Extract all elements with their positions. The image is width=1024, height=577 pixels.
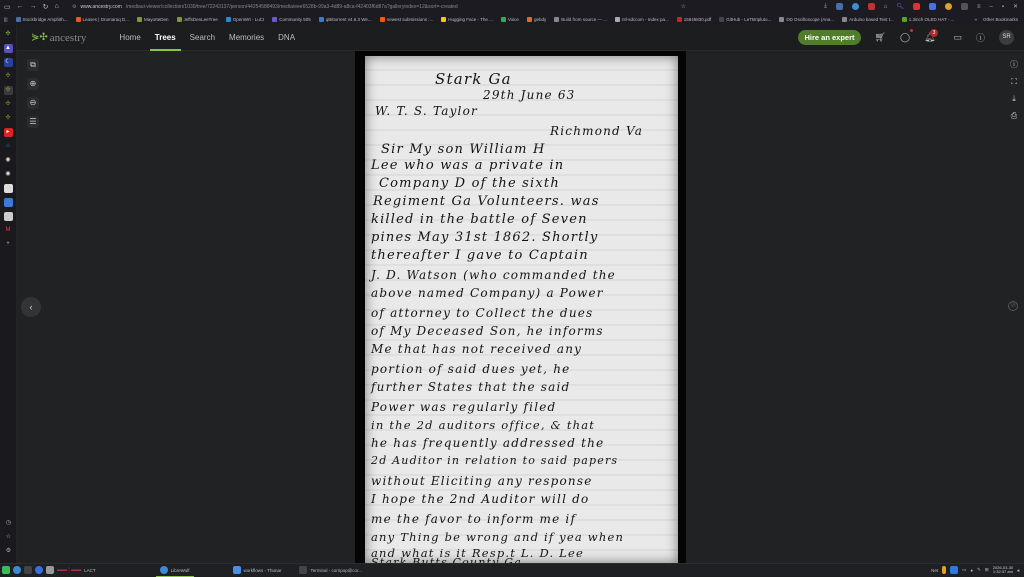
handwritten-line: Richmond Va xyxy=(550,124,643,138)
forward-icon[interactable]: → xyxy=(30,3,37,11)
bookmark-item[interactable]: Community 505 xyxy=(272,17,311,22)
reload-icon[interactable]: ↻ xyxy=(43,3,49,11)
bookmark-label: 15845830.pdf xyxy=(684,17,712,22)
more-chevron-icon[interactable]: » xyxy=(974,17,977,22)
extension-icon[interactable] xyxy=(945,3,952,10)
bookmark-favicon-icon xyxy=(554,17,559,22)
bookmark-label: GitHub - LeTBrIpluto... xyxy=(726,17,771,22)
bookmark-favicon-icon xyxy=(842,17,847,22)
sidebar-ancestry-icon[interactable]: ✣ xyxy=(4,72,13,81)
handwritten-line: Sir My son William H xyxy=(381,142,546,157)
bookmark-item[interactable]: Stockbridge Amphith... xyxy=(16,17,68,22)
previous-image-button[interactable]: ‹ xyxy=(21,297,41,317)
bookmarks-star-icon[interactable]: ☆ xyxy=(4,533,13,542)
sidebar-ancestry-icon[interactable]: ✣ xyxy=(4,114,13,123)
bookmark-label: qBittorrent v4.6.3 We... xyxy=(326,17,372,22)
sidebar-youtube-icon[interactable]: ▸ xyxy=(4,128,13,137)
other-bookmarks-label: Other Bookmarks xyxy=(983,17,1018,22)
sidebar-app-icon[interactable]: ▲ xyxy=(4,44,13,53)
info-icon[interactable]: ⓘ xyxy=(1008,59,1020,71)
bell-icon[interactable]: 🔔︎3 xyxy=(924,32,935,43)
browser-nav-buttons: ▭ ← → ↻ ⌂ xyxy=(0,3,72,11)
net-graph-icon xyxy=(942,566,946,574)
handwritten-line: in the 2d auditors office, & that xyxy=(371,418,595,432)
browser-chrome: ▭ ← → ↻ ⌂ ⚙ www.ancestry.com/mediaui-vie… xyxy=(0,0,1024,25)
tray-app-icon[interactable] xyxy=(950,566,958,574)
handwritten-line: Me that has not received any xyxy=(371,342,582,356)
close-icon[interactable]: ✕ xyxy=(1013,3,1018,10)
site-header: ⋟✣ ancestry Home Trees Search Memories D… xyxy=(17,25,1024,51)
shield-icon[interactable]: ● xyxy=(970,568,973,573)
search-extension-icon[interactable]: 🔍︎ xyxy=(896,3,904,10)
bookmark-item[interactable]: Hugging Face - The ... xyxy=(441,17,493,22)
bookmark-item[interactable]: 15845830.pdf xyxy=(677,17,712,22)
bookmark-label: DD Oscilloscope (Ana... xyxy=(786,17,834,22)
site-info-icon[interactable]: ⚙ xyxy=(72,4,76,10)
sidebar-ancestry-icon[interactable]: ✣ xyxy=(4,30,13,39)
handwritten-line: 29th June 63 xyxy=(483,88,576,102)
bookmark-label: Leases | Drumaraq D... xyxy=(83,17,129,22)
bookmark-label: Voice xyxy=(508,17,519,22)
librewolf-launcher-icon[interactable] xyxy=(13,566,21,574)
letter-page: Stark Ga29th June 63W. T. S. TaylorRichm… xyxy=(365,56,678,563)
terminal-icon xyxy=(299,566,307,574)
main-nav: Home Trees Search Memories DNA xyxy=(119,25,295,51)
history-icon[interactable]: ◷ xyxy=(4,519,13,528)
sidebar-add-icon[interactable]: + xyxy=(4,240,13,249)
bookmark-favicon-icon xyxy=(902,17,907,22)
clock[interactable]: 2026-03-30 1:32:37 am xyxy=(993,566,1013,575)
handwritten-line: thereafter I gave to Captain xyxy=(371,248,589,263)
bookmark-item[interactable]: Voice xyxy=(501,17,519,22)
sidebar-app-icon[interactable] xyxy=(4,212,13,221)
extension-icon[interactable] xyxy=(929,3,936,10)
url-bar-row: ▭ ← → ↻ ⌂ ⚙ www.ancestry.com/mediaui-vie… xyxy=(0,0,1024,13)
extension-icon[interactable] xyxy=(913,3,920,10)
gallery-icon[interactable]: ⧉ xyxy=(27,59,39,71)
sidebar-app-icon[interactable]: ◉ xyxy=(4,170,13,179)
task-thunar[interactable]: workflows - Thunar xyxy=(229,564,286,577)
handwritten-line: he has frequently addressed the xyxy=(371,436,604,450)
media-viewer: ⧉ ⊕ ⊖ ☰ ‹ Stark Ga29th June 63W. T. S. T… xyxy=(17,51,1024,563)
os-taskbar: ▬▬ | ▬▬ LACT LibreWolf workflows - Thuna… xyxy=(0,563,1024,576)
bookmark-item[interactable]: Arduino based Test t... xyxy=(842,17,894,22)
bookmark-item[interactable]: ntl-sdccom - Index pa... xyxy=(615,17,669,22)
handwritten-line: J. D. Watson (who commanded the xyxy=(371,268,616,282)
bookmark-favicon-icon xyxy=(779,17,784,22)
hint-dot xyxy=(910,29,913,32)
bookmark-label: Stockbridge Amphith... xyxy=(23,17,68,22)
handwritten-line: Lee who was a private in xyxy=(371,158,564,173)
settings-gear-icon[interactable]: ⚙ xyxy=(4,547,13,556)
nav-memories[interactable]: Memories xyxy=(229,25,264,51)
toolbar-extensions: ☆ ⤓ ⌂ 🔍︎ ≡ – ▪ ✕ xyxy=(681,3,1024,10)
url-path: /mediaui-viewer/collection/1030/tree/722… xyxy=(126,4,458,10)
handwritten-line: any Thing be wrong and if yea when xyxy=(371,530,624,544)
viewer-tools-right: ⓘ ⛶ ⤓ ⎙ xyxy=(1008,59,1020,122)
notification-badge: 3 xyxy=(930,29,938,37)
bookmark-item[interactable]: Leases | Drumaraq D... xyxy=(76,17,129,22)
handwritten-line: Power was regularly filed xyxy=(371,400,556,414)
home-icon[interactable]: ⌂ xyxy=(55,3,59,11)
bookmark-label: OpenWrt - LuCI xyxy=(233,17,264,22)
bookmark-item[interactable]: DD Oscilloscope (Ana... xyxy=(779,17,834,22)
bookmark-label: newest submissions :... xyxy=(387,17,434,22)
fit-screen-icon[interactable]: ⛶ xyxy=(1008,76,1020,88)
minimize-icon[interactable]: – xyxy=(989,4,992,10)
sidebar-ancestry-icon[interactable]: ✣ xyxy=(4,100,13,109)
net-label: Net xyxy=(931,568,938,573)
sidebar-bottom: ◷ ☆ ⚙ xyxy=(0,514,17,561)
other-bookmarks[interactable]: »Other Bookmarks xyxy=(974,17,1024,22)
bookmarks-bar: ||| Stockbridge Amphith...Leases | Druma… xyxy=(0,13,1024,25)
handwritten-line: killed in the battle of Seven xyxy=(371,212,588,227)
bookmark-item[interactable]: OpenWrt - LuCI xyxy=(226,17,264,22)
leaf-icon: ⋟✣ xyxy=(31,32,48,43)
bookmark-favicon-icon xyxy=(137,17,142,22)
files-launcher-icon[interactable] xyxy=(46,566,54,574)
hints-leaf-icon[interactable]: ◯ xyxy=(900,32,910,43)
messages-icon[interactable]: ▭ xyxy=(953,32,962,43)
handwritten-line: pines May 31st 1862. Shortly xyxy=(371,230,598,245)
handwritten-line: Stark Ga xyxy=(435,70,512,88)
bookmark-favicon-icon xyxy=(226,17,231,22)
sidebar-app-icon[interactable]: ◉ xyxy=(4,156,13,165)
help-icon[interactable]: ⓘ xyxy=(976,31,985,44)
avatar[interactable]: SR xyxy=(999,30,1014,45)
sidebar-app-icon[interactable]: ☾ xyxy=(4,58,13,67)
print-icon[interactable]: ⎙ xyxy=(1008,110,1020,122)
hire-expert-button[interactable]: Hire an expert xyxy=(798,30,860,45)
bookmark-label: MayorteDen xyxy=(144,17,169,22)
address-bar[interactable]: ⚙ www.ancestry.com/mediaui-viewer/collec… xyxy=(72,4,681,10)
task-terminal[interactable]: Terminal - cornpop@cor... xyxy=(295,564,366,577)
extension-icon[interactable]: ⌂ xyxy=(884,4,888,10)
bookmark-item[interactable]: newest submissions :... xyxy=(380,17,434,22)
nav-home[interactable]: Home xyxy=(119,25,140,51)
task-label: Terminal - cornpop@cor... xyxy=(310,568,362,573)
handwritten-line: of attorney to Collect the dues xyxy=(371,306,593,320)
bookmark-star-icon[interactable]: ☆ xyxy=(681,3,686,10)
zoom-out-icon[interactable]: ⊖ xyxy=(27,97,39,109)
librewolf-icon xyxy=(160,566,168,574)
task-label: workflows - Thunar xyxy=(244,568,282,573)
download-icon[interactable]: ⤓ xyxy=(1008,93,1020,105)
bookmark-favicon-icon xyxy=(177,17,182,22)
bookmark-favicon-icon xyxy=(272,17,277,22)
next-image-disabled-icon: ⊘ xyxy=(1008,301,1018,311)
sidebar-app-icon[interactable] xyxy=(4,198,13,207)
bookmark-label: Hugging Face - The ... xyxy=(448,17,493,22)
bookmark-favicon-icon xyxy=(319,17,324,22)
handwritten-line: me the favor to inform me if xyxy=(371,512,576,526)
cpu-graph-icon: ▬▬ | ▬▬ xyxy=(57,567,81,573)
task-librewolf[interactable]: LibreWolf xyxy=(156,564,194,577)
bookmark-label: JeffsDenLeeTree xyxy=(184,17,218,22)
launcher: ▬▬ | ▬▬ LACT xyxy=(0,566,96,574)
sidebar-toggle-icon[interactable]: ▭ xyxy=(4,3,11,11)
bookmark-label: Build from source — ... xyxy=(561,17,607,22)
bookmark-item[interactable]: JeffsDenLeeTree xyxy=(177,17,218,22)
sidebar-gmail-icon[interactable]: M xyxy=(4,226,13,235)
task-label: LibreWolf xyxy=(171,568,190,573)
bookmark-favicon-icon xyxy=(677,17,682,22)
sidebar-app-icon[interactable] xyxy=(4,184,13,193)
bookmark-favicon-icon xyxy=(501,17,506,22)
viewer-tools-left: ⧉ ⊕ ⊖ ☰ xyxy=(27,59,39,128)
bookmark-favicon-icon xyxy=(527,17,532,22)
handwritten-line: of My Deceased Son, he informs xyxy=(371,324,604,338)
handwritten-line: above named Company) a Power xyxy=(371,286,604,300)
bookmark-favicon-icon xyxy=(76,17,81,22)
browser-sidebar: ✣ ▲ ☾ ✣ ✣ ✣ ✣ ▸ ⌂ ◉ ◉ M + ◷ ☆ ⚙ xyxy=(0,25,17,563)
bookmark-favicon-icon xyxy=(719,17,724,22)
extension-icon[interactable] xyxy=(868,3,875,10)
bookmark-item[interactable]: MayorteDen xyxy=(137,17,169,22)
workspace-icon[interactable]: ⊞ xyxy=(985,567,989,573)
bookmark-label: Community 505 xyxy=(279,17,311,22)
terminal-launcher-icon[interactable] xyxy=(24,566,32,574)
nav-dna[interactable]: DNA xyxy=(278,25,295,51)
downloads-icon[interactable]: ⤓ xyxy=(824,3,827,10)
handwritten-line: Regiment Ga Volunteers. was xyxy=(373,194,600,209)
handwritten-line: W. T. S. Taylor xyxy=(375,104,478,118)
bookmark-item[interactable]: Build from source — ... xyxy=(554,17,607,22)
volume-icon[interactable]: 🔊︎ xyxy=(1017,568,1020,573)
browser-launcher-icon[interactable] xyxy=(35,566,43,574)
app-menu-icon[interactable] xyxy=(2,566,10,574)
handwritten-line: Company D of the sixth xyxy=(379,176,560,191)
bookmarks-grip-icon: ||| xyxy=(4,17,8,22)
extension-icon[interactable] xyxy=(961,3,968,10)
sidebar-app-icon[interactable]: ⌂ xyxy=(4,142,13,151)
bookmark-label: gebdy xyxy=(534,17,546,22)
sidebar-ancestry-icon[interactable]: ✣ xyxy=(4,86,13,95)
display-icon[interactable]: ▭ xyxy=(962,567,966,573)
handwritten-line: without Eliciting any response xyxy=(371,474,593,488)
clipboard-icon[interactable]: ✎ xyxy=(977,567,981,573)
bookmark-favicon-icon xyxy=(615,17,620,22)
bookmark-favicon-icon xyxy=(380,17,385,22)
handwritten-line: 2d Auditor in relation to said papers xyxy=(371,454,618,467)
document-image[interactable]: Stark Ga29th June 63W. T. S. TaylorRichm… xyxy=(355,51,686,563)
bookmark-item[interactable]: qBittorrent v4.6.3 We... xyxy=(319,17,372,22)
bookmark-favicon-icon xyxy=(16,17,21,22)
host: www.ancestry.com xyxy=(80,4,121,10)
bookmark-item[interactable]: 1.3inch OLED HAT - ... xyxy=(902,17,955,22)
back-icon[interactable]: ← xyxy=(17,3,24,11)
logo-text: ancestry xyxy=(50,32,87,44)
menu-icon[interactable]: ≡ xyxy=(977,4,981,10)
nav-search[interactable]: Search xyxy=(190,25,215,51)
bookmark-favicon-icon xyxy=(441,17,446,22)
system-tray: Net ▭ ● ✎ ⊞ 2026-03-30 1:32:37 am 🔊︎ xyxy=(931,566,1024,575)
cart-icon[interactable]: 🛒︎ xyxy=(875,32,886,43)
handwritten-line: portion of said dues yet, he xyxy=(371,362,570,376)
transcription-icon[interactable]: ☰ xyxy=(27,116,39,128)
extension-icon[interactable] xyxy=(852,3,859,10)
maximize-icon[interactable]: ▪ xyxy=(1002,4,1004,10)
folder-icon xyxy=(233,566,241,574)
bookmark-item[interactable]: GitHub - LeTBrIpluto... xyxy=(719,17,771,22)
handwritten-line: I hope the 2nd Auditor will do xyxy=(371,492,589,506)
lact-label[interactable]: LACT xyxy=(84,568,96,573)
bookmark-label: ntl-sdccom - Index pa... xyxy=(622,17,669,22)
handwritten-line: further States that the said xyxy=(371,380,570,394)
bookmark-label: 1.3inch OLED HAT - ... xyxy=(909,17,955,22)
time: 1:32:37 am xyxy=(993,570,1013,575)
ancestry-logo[interactable]: ⋟✣ ancestry xyxy=(31,32,86,44)
nav-trees[interactable]: Trees xyxy=(155,25,176,51)
header-actions: Hire an expert 🛒︎ ◯ 🔔︎3 ▭ ⓘ SR xyxy=(798,30,1014,45)
extension-icon[interactable] xyxy=(836,3,843,10)
zoom-in-icon[interactable]: ⊕ xyxy=(27,78,39,90)
bookmark-label: Arduino based Test t... xyxy=(849,17,894,22)
bookmark-item[interactable]: gebdy xyxy=(527,17,546,22)
